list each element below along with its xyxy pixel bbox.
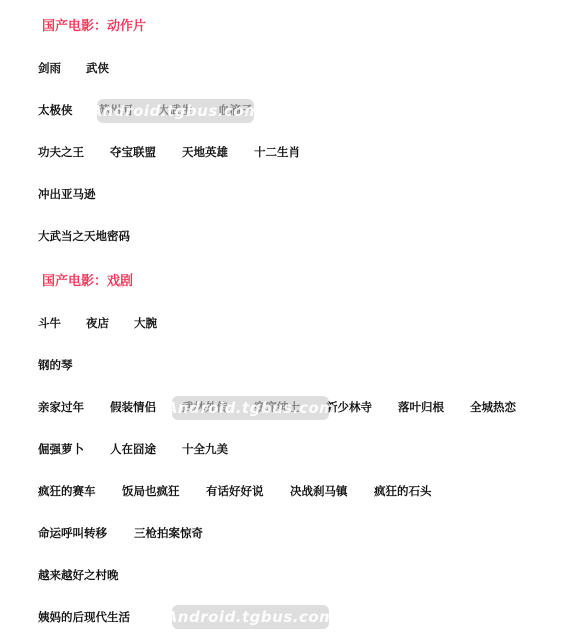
movie-link[interactable]: 斗牛 [38, 315, 61, 331]
movie-link[interactable]: 饭局也疯狂 [122, 483, 180, 499]
watermark: Android.tgbus.com [97, 99, 254, 123]
movie-link[interactable]: 倔强萝卜 [38, 441, 84, 457]
movie-link[interactable]: 十二生肖 [254, 144, 300, 160]
movie-link[interactable]: 疯狂的赛车 [38, 483, 96, 499]
section-title-action: 国产电影：动作片 [42, 15, 146, 34]
movie-link[interactable]: 决战刹马镇 [290, 483, 348, 499]
movie-link[interactable]: 命运呼叫转移 [38, 525, 107, 541]
movie-link[interactable]: 疯狂的石头 [374, 483, 432, 499]
movie-link[interactable]: 夜店 [86, 315, 109, 331]
watermark: Android.tgbus.com [172, 605, 329, 629]
movie-link[interactable]: 钢的琴 [38, 357, 73, 373]
movie-link[interactable]: 三枪拍案惊奇 [134, 525, 203, 541]
movie-link[interactable]: 假装情侣 [110, 399, 156, 415]
movie-link[interactable]: 大腕 [134, 315, 157, 331]
movie-link[interactable]: 武侠 [86, 60, 109, 76]
section-title-drama: 国产电影：戏剧 [42, 270, 133, 289]
watermark: Android.tgbus.com [172, 396, 329, 420]
movie-link[interactable]: 冲出亚马逊 [38, 186, 96, 202]
movie-link[interactable]: 人在囧途 [110, 441, 156, 457]
movie-link[interactable]: 姨妈的后现代生活 [38, 609, 130, 625]
movie-link[interactable]: 功夫之王 [38, 144, 84, 160]
movie-link[interactable]: 落叶归根 [398, 399, 444, 415]
movie-link[interactable]: 全城热恋 [470, 399, 516, 415]
movie-link[interactable]: 剑雨 [38, 60, 61, 76]
movie-link[interactable]: 夺宝联盟 [110, 144, 156, 160]
movie-link[interactable]: 越来越好之村晚 [38, 567, 119, 583]
movie-link[interactable]: 亲家过年 [38, 399, 84, 415]
movie-link[interactable]: 太极侠 [38, 102, 73, 118]
movie-link[interactable]: 大武当之天地密码 [38, 228, 130, 244]
movie-link[interactable]: 有话好好说 [206, 483, 264, 499]
movie-link[interactable]: 十全九美 [182, 441, 228, 457]
movie-link[interactable]: 天地英雄 [182, 144, 228, 160]
